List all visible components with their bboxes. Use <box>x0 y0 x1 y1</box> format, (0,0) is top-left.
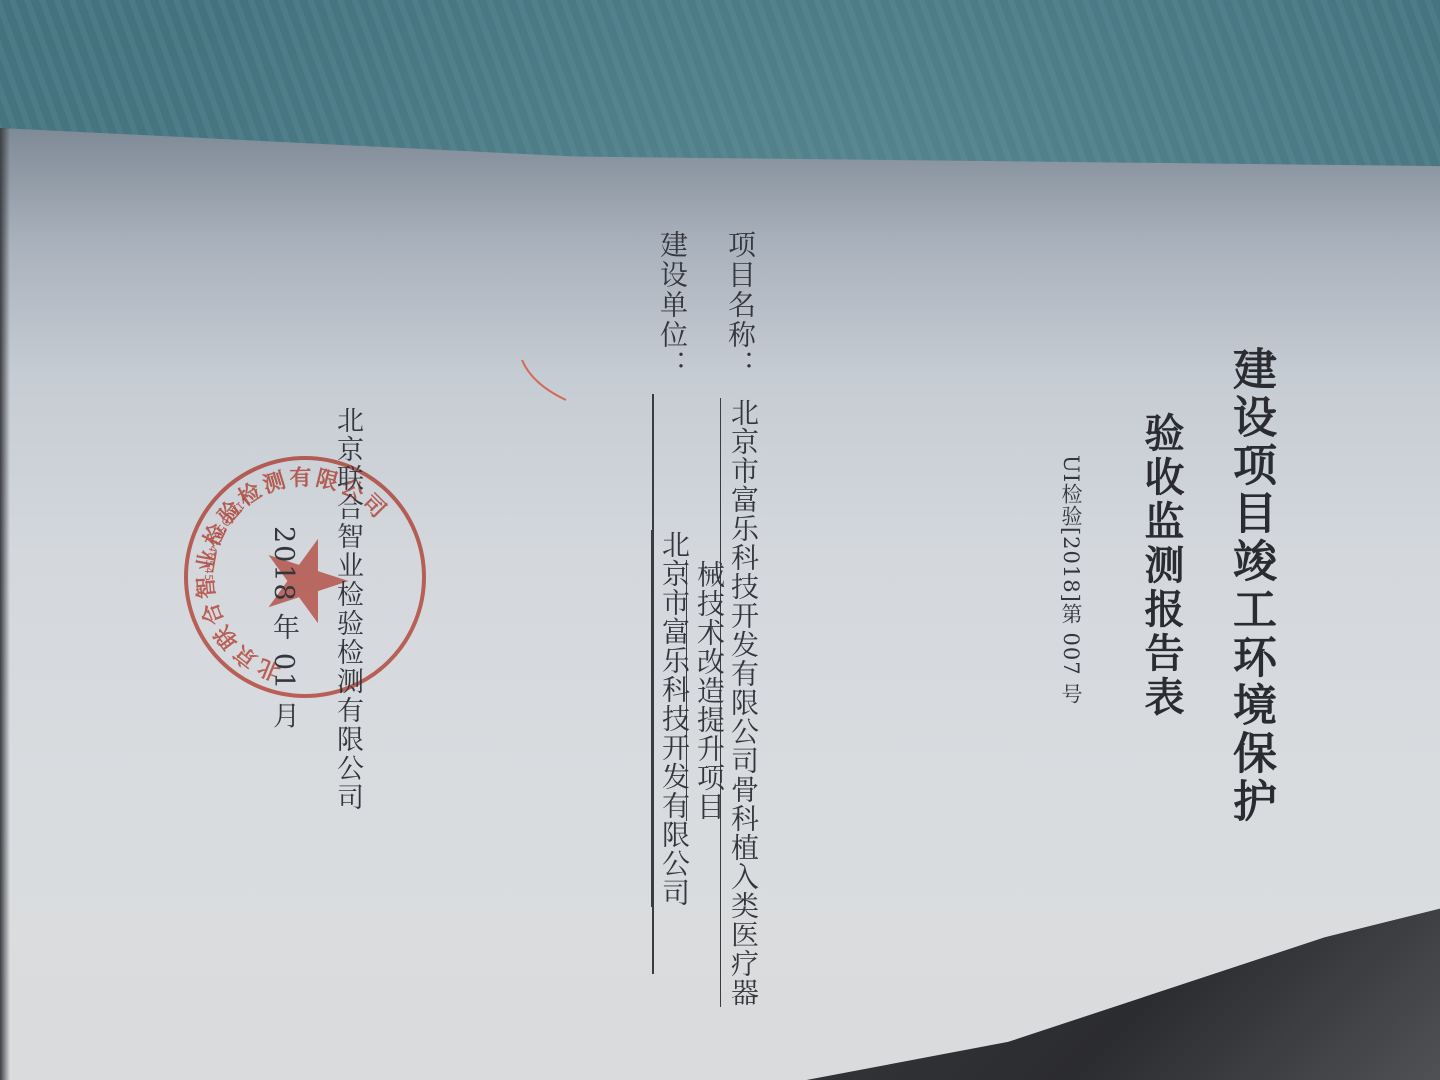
seal-code: 1101050346545 <box>188 460 422 694</box>
red-pen-mark <box>518 356 578 406</box>
construction-unit-value: 北京市富乐科技开发有限公司 <box>651 530 694 907</box>
document-cover: 建设项目竣工环境保护 验收监测报告表 UI检验[2018]第 007 号 项目名… <box>0 0 1440 1080</box>
issuing-organization: 北京联合智业检验检测有限公司 <box>328 406 367 812</box>
issue-date: 2018 年 01 月 <box>264 526 303 731</box>
construction-unit-label: 建设单位： <box>652 230 692 380</box>
official-seal: ★ 北京联合智业检验检测有限公司 1101050346545 <box>184 456 426 698</box>
report-number: UI检验[2018]第 007 号 <box>1056 455 1086 705</box>
document-title-line-1: 建设项目竣工环境保护 <box>1218 346 1282 826</box>
document-title-line-2: 验收监测报告表 <box>1133 412 1190 720</box>
svg-text:1101050346545: 1101050346545 <box>202 494 252 582</box>
project-name-label: 项目名称： <box>720 230 760 380</box>
